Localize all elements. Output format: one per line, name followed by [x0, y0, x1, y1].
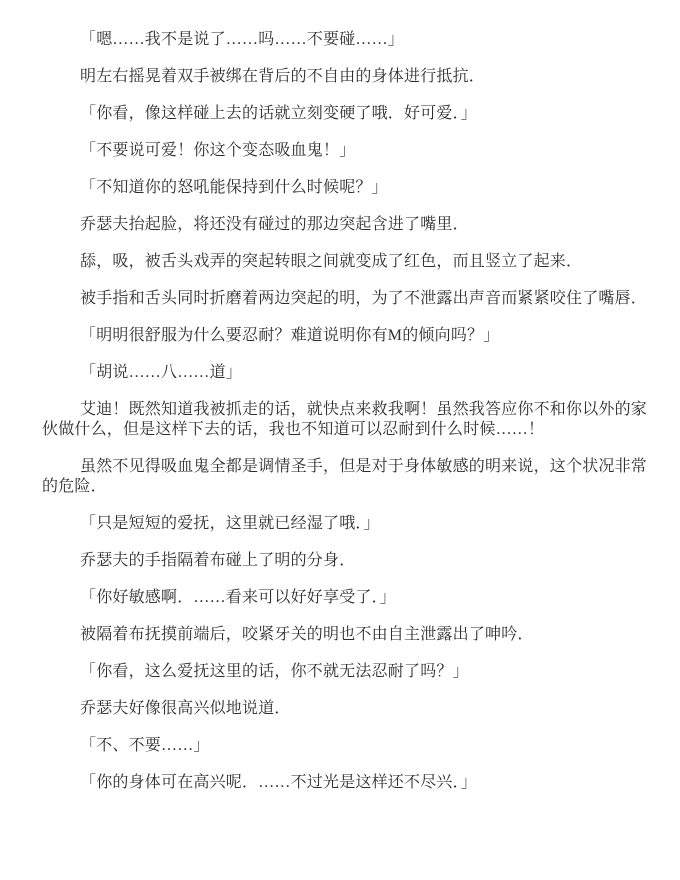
- paragraph-narration-8: 被隔着布抚摸前端后，咬紧牙关的明也不由自主泄露出了呻吟．: [42, 625, 648, 645]
- paragraph-narration-2: 乔瑟夫抬起脸，将还没有碰过的那边突起含进了嘴里．: [42, 215, 648, 235]
- paragraph-narration-1: 明左右摇晃着双手被绑在背后的不自由的身体进行抵抗．: [42, 67, 648, 87]
- paragraph-dialogue-10: 「不、不要……」: [42, 736, 648, 756]
- paragraph-dialogue-9: 「你看，这么爱抚这里的话，你不就无法忍耐了吗？」: [42, 662, 648, 682]
- paragraph-narration-4: 被手指和舌头同时折磨着两边突起的明，为了不泄露出声音而紧紧咬住了嘴唇．: [42, 289, 648, 309]
- paragraph-narration-5: 艾迪！既然知道我被抓走的话，就快点来救我啊！虽然我答应你不和你以外的家伙做什么，…: [42, 400, 648, 440]
- paragraph-narration-3: 舔，吸，被舌头戏弄的突起转眼之间就变成了红色，而且竖立了起来．: [42, 252, 648, 272]
- paragraph-dialogue-3: 「不要说可爱！你这个变态吸血鬼！」: [42, 141, 648, 161]
- paragraph-dialogue-5: 「明明很舒服为什么要忍耐？难道说明你有M的倾向吗？」: [42, 326, 648, 346]
- paragraph-dialogue-11: 「你的身体可在高兴呢．……不过光是这样还不尽兴．」: [42, 773, 648, 793]
- paragraph-dialogue-4: 「不知道你的怒吼能保持到什么时候呢？」: [42, 178, 648, 198]
- paragraph-dialogue-6: 「胡说……八……道」: [42, 363, 648, 383]
- paragraph-narration-7: 乔瑟夫的手指隔着布碰上了明的分身．: [42, 551, 648, 571]
- document-page: 「嗯……我不是说了……吗……不要碰……」 明左右摇晃着双手被绑在背后的不自由的身…: [0, 0, 680, 880]
- paragraph-dialogue-7: 「只是短短的爱抚，这里就已经湿了哦．」: [42, 514, 648, 534]
- paragraph-dialogue-2: 「你看，像这样碰上去的话就立刻变硬了哦．好可爱．」: [42, 104, 648, 124]
- paragraph-dialogue-8: 「你好敏感啊．……看来可以好好享受了．」: [42, 588, 648, 608]
- paragraph-narration-9: 乔瑟夫好像很高兴似地说道．: [42, 699, 648, 719]
- paragraph-narration-6: 虽然不见得吸血鬼全都是调情圣手，但是对于身体敏感的明来说，这个状况非常的危险．: [42, 457, 648, 497]
- paragraph-dialogue-1: 「嗯……我不是说了……吗……不要碰……」: [42, 30, 648, 50]
